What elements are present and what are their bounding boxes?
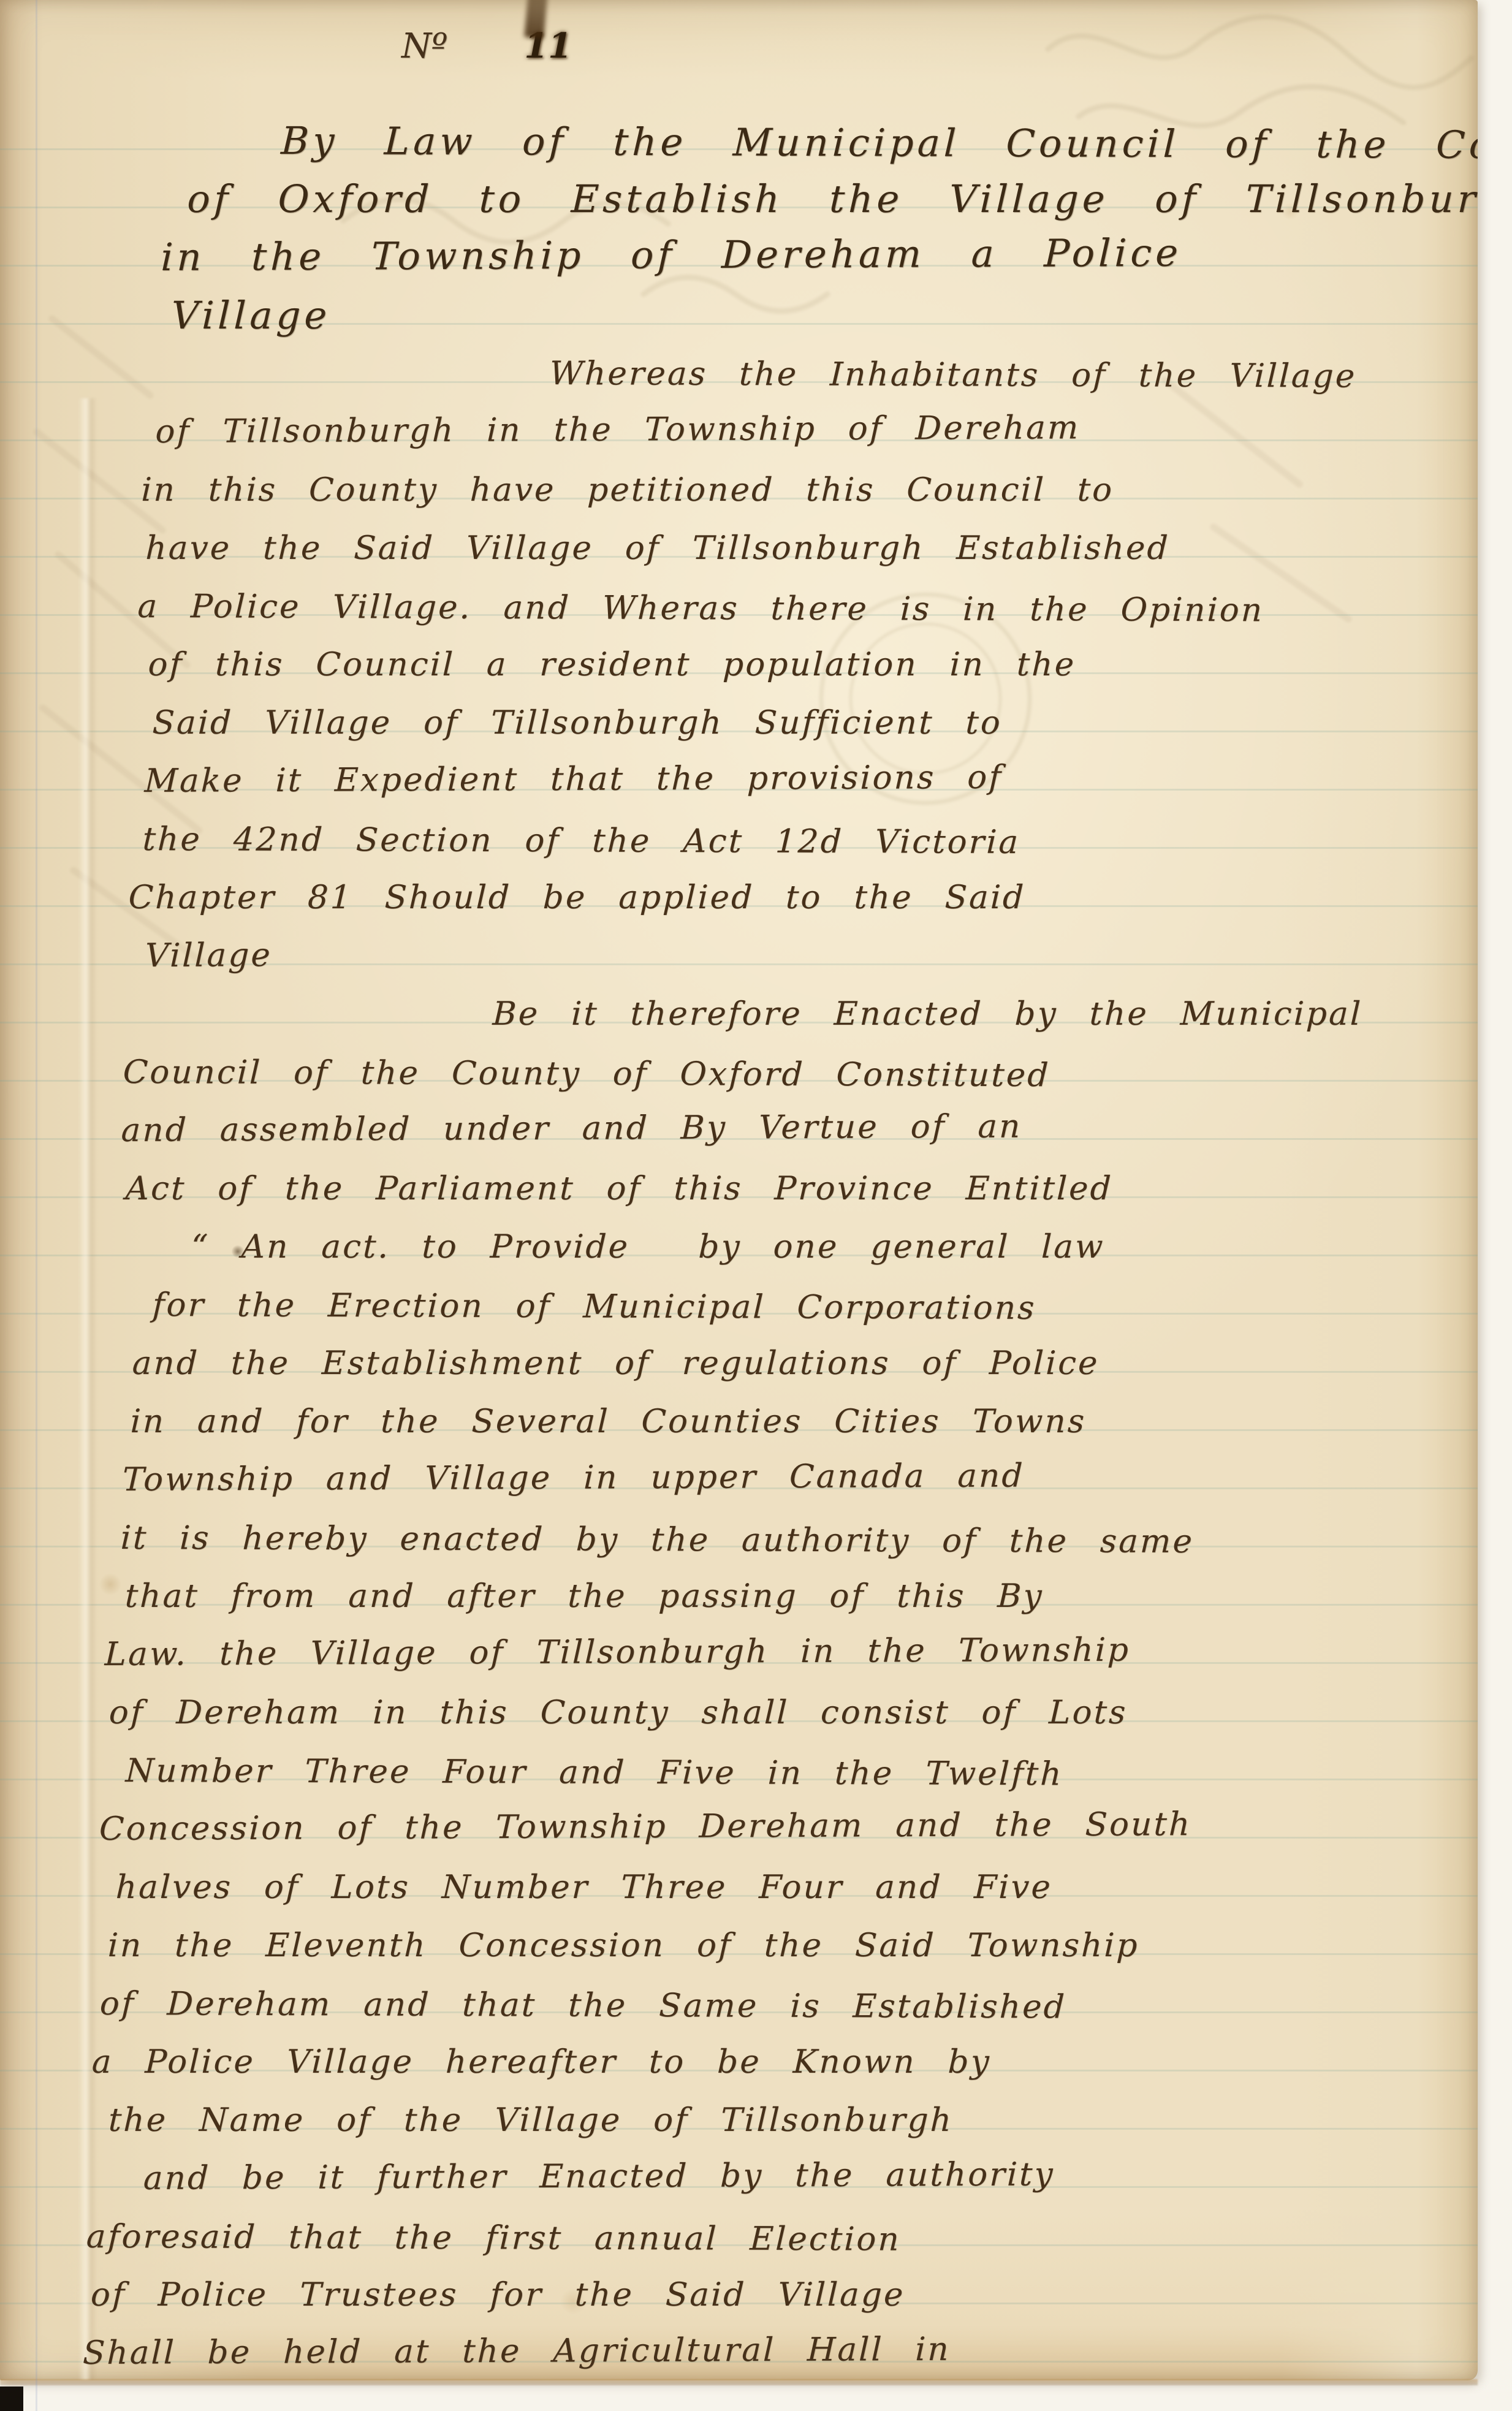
- manuscript-line: Law. the Village of Tillsonburgh in the …: [104, 1619, 1467, 1684]
- paper-bottom-edge: [0, 2379, 1478, 2385]
- document-number: Nº11: [401, 26, 572, 66]
- manuscript-line: in this County have petitioned this Coun…: [140, 461, 1478, 519]
- manuscript-line: of Police Trustees for the Said Village: [90, 2266, 1447, 2324]
- manuscript-line: Chapter 81 Should be applied to the Said: [127, 868, 1478, 927]
- manuscript-line: Be it therefore Enacted by the Municipal: [492, 985, 1478, 1043]
- manuscript-line: the 42nd Section of the Act 12d Victoria: [142, 810, 1478, 873]
- document-number-value ink-smudge: 11: [524, 26, 572, 66]
- manuscript-line: and assembled under and By Vertue of an: [120, 1095, 1478, 1160]
- manuscript-line: aforesaid that the first annual Election: [85, 2208, 1448, 2271]
- manuscript-line: for the Erection of Municipal Corporatio…: [151, 1276, 1478, 1339]
- manuscript-line: Whereas the Inhabitants of the Village: [549, 344, 1478, 406]
- manuscript-line: it is hereby enacted by the authority of…: [120, 1509, 1470, 1572]
- manuscript-line: Act of the Parliament of this Province E…: [124, 1160, 1478, 1218]
- manuscript-line: Concession of the Township Dereham and t…: [99, 1794, 1462, 1858]
- document-number-label: Nº: [401, 26, 447, 66]
- manuscript-text: By Law of the Municipal Council of the C…: [82, 112, 1478, 2380]
- manuscript-line: of this Council a resident population in…: [147, 636, 1478, 694]
- manuscript-line: the Name of the Village of Tillsonburgh: [108, 2091, 1453, 2149]
- manuscript-line: By Law of the Municipal Council of the C…: [280, 112, 1478, 174]
- margin-rule-line: [36, 0, 37, 2411]
- manuscript-line: Make it Expedient that the provisions of: [143, 746, 1478, 810]
- manuscript-line: and be it further Enacted by the authori…: [143, 2144, 1451, 2208]
- manuscript-line: of Dereham and that the Same is Establis…: [99, 1975, 1456, 2038]
- manuscript-line: and the Establishment of regulations of …: [131, 1334, 1476, 1392]
- manuscript-line: that from and after the passing of this …: [124, 1567, 1468, 1625]
- manuscript-line: Village: [170, 286, 1478, 344]
- manuscript-line: in the Eleventh Concession of the Said T…: [107, 1916, 1457, 1975]
- manuscript-line: of Tillsonburgh in the Township of Dereh…: [154, 397, 1478, 461]
- manuscript-line: have the Said Village of Tillsonburgh Es…: [145, 519, 1478, 577]
- manuscript-line: of Oxford to Establish the Village of Ti…: [186, 170, 1478, 228]
- scan-corner-black: [0, 2386, 23, 2411]
- manuscript-page: Nº11 By Law of the Municipal Council of …: [0, 0, 1478, 2380]
- manuscript-line: Township and Village in upper Canada and: [122, 1445, 1473, 1509]
- manuscript-line: Said Village of Tillsonburgh Sufficient …: [151, 694, 1478, 752]
- manuscript-line: in and for the Several Counties Cities T…: [129, 1392, 1474, 1451]
- manuscript-line: Shall be held at the Agricultural Hall i…: [82, 2318, 1445, 2380]
- manuscript-line: Village: [144, 921, 1478, 985]
- manuscript-line: a Police Village. and Wheras there is in…: [137, 577, 1478, 640]
- manuscript-line: of Dereham in this County shall consist …: [108, 1684, 1465, 1742]
- manuscript-line: a Police Village hereafter to be Known b…: [91, 2033, 1454, 2091]
- manuscript-line: “ An act. to Provide by one general law: [190, 1218, 1478, 1276]
- manuscript-line: in the Township of Dereham a Police: [160, 222, 1478, 286]
- manuscript-line: halves of Lots Number Three Four and Fiv…: [115, 1858, 1459, 1916]
